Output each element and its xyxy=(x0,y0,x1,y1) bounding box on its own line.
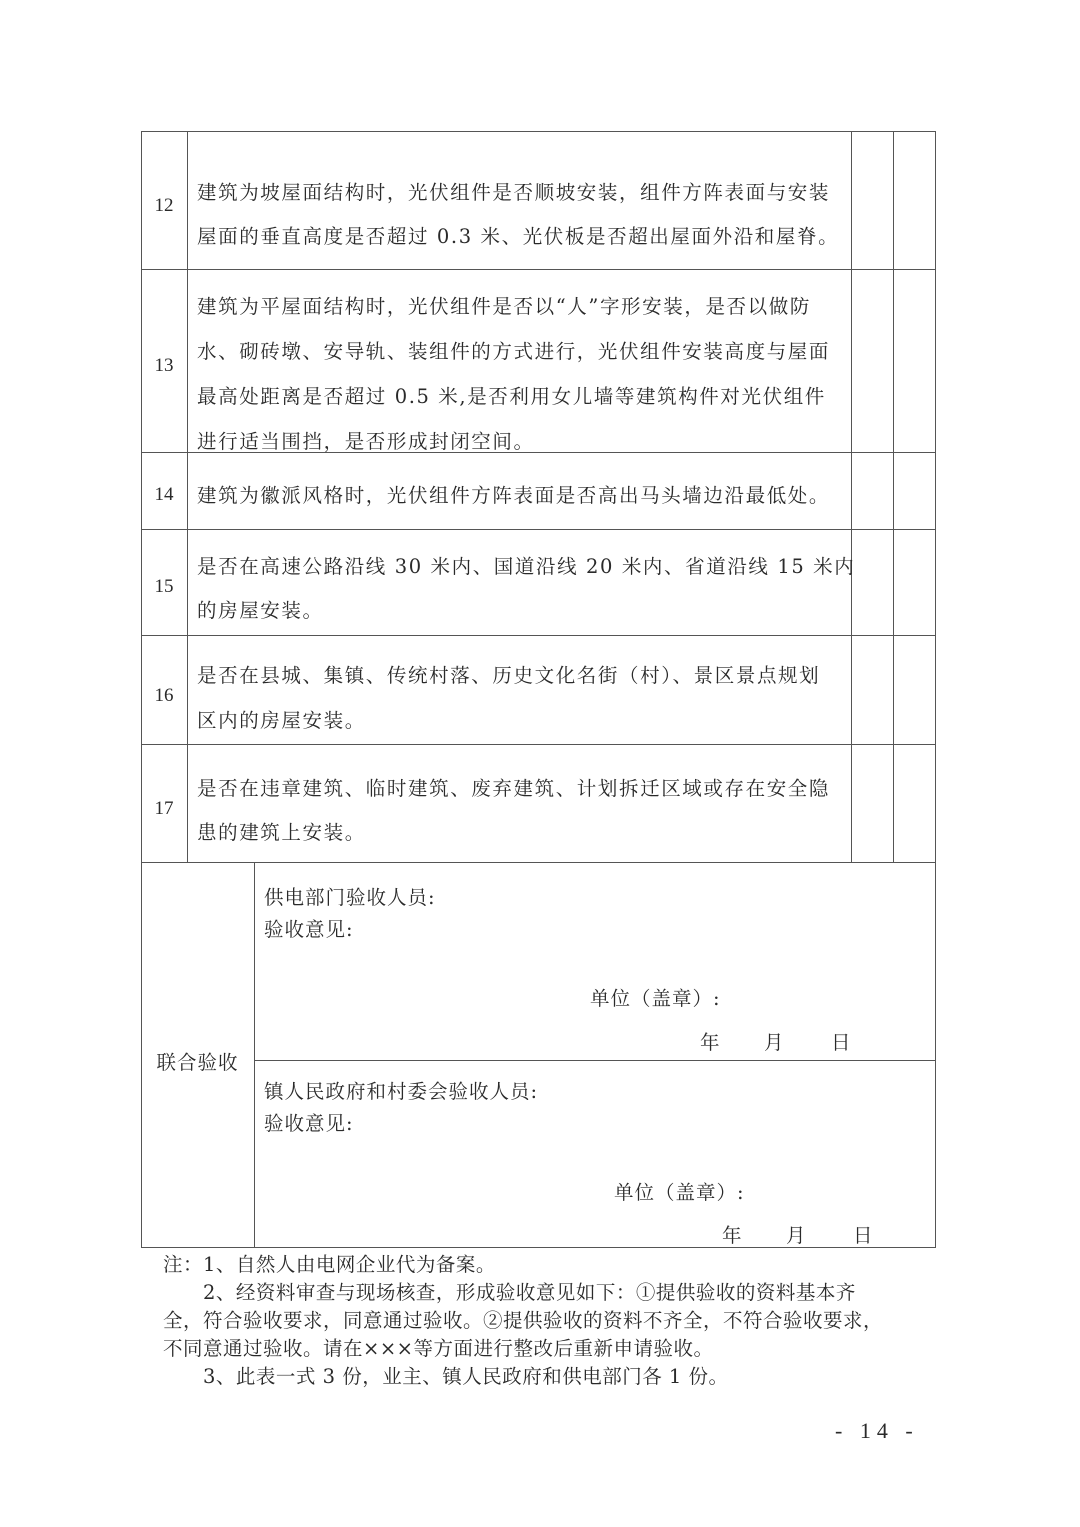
town-government-inspector-label: 镇人民政府和村委会验收人员: xyxy=(264,1076,538,1104)
town-government-seal-label: 单位（盖章）: xyxy=(614,1177,745,1205)
power-supply-year: 年 xyxy=(700,1027,721,1055)
power-supply-month: 月 xyxy=(764,1027,785,1055)
check-cell-2[interactable] xyxy=(894,132,935,269)
row-divider xyxy=(141,744,936,745)
joint-label-divider xyxy=(254,862,255,1248)
joint-section-divider xyxy=(254,1060,936,1061)
content-line: 最高处距离是否超过 0.5 米,是否利用女儿墙等建筑构件对光伏组件 xyxy=(197,374,847,419)
check-cell-2[interactable] xyxy=(894,270,935,452)
check-cell-1[interactable] xyxy=(852,530,893,635)
check-cell-2[interactable] xyxy=(894,745,935,862)
row-content: 建筑为徽派风格时，光伏组件方阵表面是否高出马头墙边沿最低处。 xyxy=(197,478,847,514)
content-line: 屋面的垂直高度是否超过 0.3 米、光伏板是否超出屋面外沿和屋脊。 xyxy=(197,215,847,259)
check-cell-1[interactable] xyxy=(852,132,893,269)
row-content: 是否在县城、集镇、传统村落、历史文化名街（村）、景区景点规划 区内的房屋安装。 xyxy=(197,653,847,743)
row-number: 15 xyxy=(141,576,187,598)
row-content: 是否在高速公路沿线 30 米内、国道沿线 20 米内、省道沿线 15 米内 的房… xyxy=(197,545,847,633)
row-content: 是否在违章建筑、临时建筑、废弃建筑、计划拆迁区域或存在安全隐 患的建筑上安装。 xyxy=(197,767,847,855)
content-line: 是否在违章建筑、临时建筑、废弃建筑、计划拆迁区域或存在安全隐 xyxy=(197,767,847,811)
power-supply-seal-label: 单位（盖章）: xyxy=(590,983,721,1011)
check-cell-1[interactable] xyxy=(852,745,893,862)
content-line: 建筑为坡屋面结构时，光伏组件是否顺坡安装，组件方阵表面与安装 xyxy=(197,171,847,215)
note-line: 3、此表一式 3 份，业主、镇人民政府和供电部门各 1 份。 xyxy=(163,1363,933,1391)
row-content: 建筑为坡屋面结构时，光伏组件是否顺坡安装，组件方阵表面与安装 屋面的垂直高度是否… xyxy=(197,171,847,259)
row-number: 14 xyxy=(141,484,187,506)
column-divider-number xyxy=(187,131,188,862)
notes: 注：1、自然人由电网企业代为备案。 2、经资料审查与现场核查，形成验收意见如下：… xyxy=(163,1251,933,1391)
power-supply-opinion-label: 验收意见: xyxy=(264,914,354,942)
row-number: 12 xyxy=(141,195,187,217)
content-line: 建筑为徽派风格时，光伏组件方阵表面是否高出马头墙边沿最低处。 xyxy=(197,478,847,514)
content-line: 水、砌砖墩、安导轨、装组件的方式进行，光伏组件安装高度与屋面 xyxy=(197,329,847,374)
row-number: 17 xyxy=(141,798,187,820)
power-supply-day: 日 xyxy=(831,1027,852,1055)
town-government-day: 日 xyxy=(853,1220,874,1248)
document-page: 12 建筑为坡屋面结构时，光伏组件是否顺坡安装，组件方阵表面与安装 屋面的垂直高… xyxy=(0,0,1080,1527)
note-line: 2、经资料审查与现场核查，形成验收意见如下：①提供验收的资料基本齐 xyxy=(163,1279,933,1307)
row-number: 13 xyxy=(141,355,187,377)
note-line: 注：1、自然人由电网企业代为备案。 xyxy=(163,1251,933,1279)
joint-acceptance-label: 联合验收 xyxy=(141,1047,254,1075)
content-line: 的房屋安装。 xyxy=(197,589,847,633)
row-divider xyxy=(141,269,936,270)
town-government-opinion-label: 验收意见: xyxy=(264,1108,354,1136)
row-number: 16 xyxy=(141,685,187,707)
row-content: 建筑为平屋面结构时，光伏组件是否以“人”字形安装，是否以做防 水、砌砖墩、安导轨… xyxy=(197,284,847,464)
row-divider xyxy=(141,635,936,636)
row-divider xyxy=(141,862,936,863)
check-cell-2[interactable] xyxy=(894,636,935,744)
row-divider xyxy=(141,529,936,530)
note-line: 全，符合验收要求，同意通过验收。②提供验收的资料不齐全，不符合验收要求， xyxy=(163,1307,933,1335)
town-government-year: 年 xyxy=(722,1220,743,1248)
note-line: 不同意通过验收。请在×××等方面进行整改后重新申请验收。 xyxy=(163,1335,933,1363)
town-government-month: 月 xyxy=(786,1220,807,1248)
check-cell-1[interactable] xyxy=(852,453,893,529)
page-number: - 14 - xyxy=(835,1418,919,1444)
check-cell-2[interactable] xyxy=(894,530,935,635)
check-cell-1[interactable] xyxy=(852,270,893,452)
content-line: 是否在县城、集镇、传统村落、历史文化名街（村）、景区景点规划 xyxy=(197,653,847,698)
content-line: 患的建筑上安装。 xyxy=(197,811,847,855)
content-line: 是否在高速公路沿线 30 米内、国道沿线 20 米内、省道沿线 15 米内 xyxy=(197,545,847,589)
content-line: 建筑为平屋面结构时，光伏组件是否以“人”字形安装，是否以做防 xyxy=(197,284,847,329)
content-line: 进行适当围挡，是否形成封闭空间。 xyxy=(197,419,847,464)
table-border-right xyxy=(935,131,936,1248)
content-line: 区内的房屋安装。 xyxy=(197,698,847,743)
table-border-top xyxy=(141,131,936,132)
check-cell-1[interactable] xyxy=(852,636,893,744)
power-supply-inspector-label: 供电部门验收人员: xyxy=(264,882,436,910)
table-border-bottom xyxy=(141,1247,936,1248)
check-cell-2[interactable] xyxy=(894,453,935,529)
